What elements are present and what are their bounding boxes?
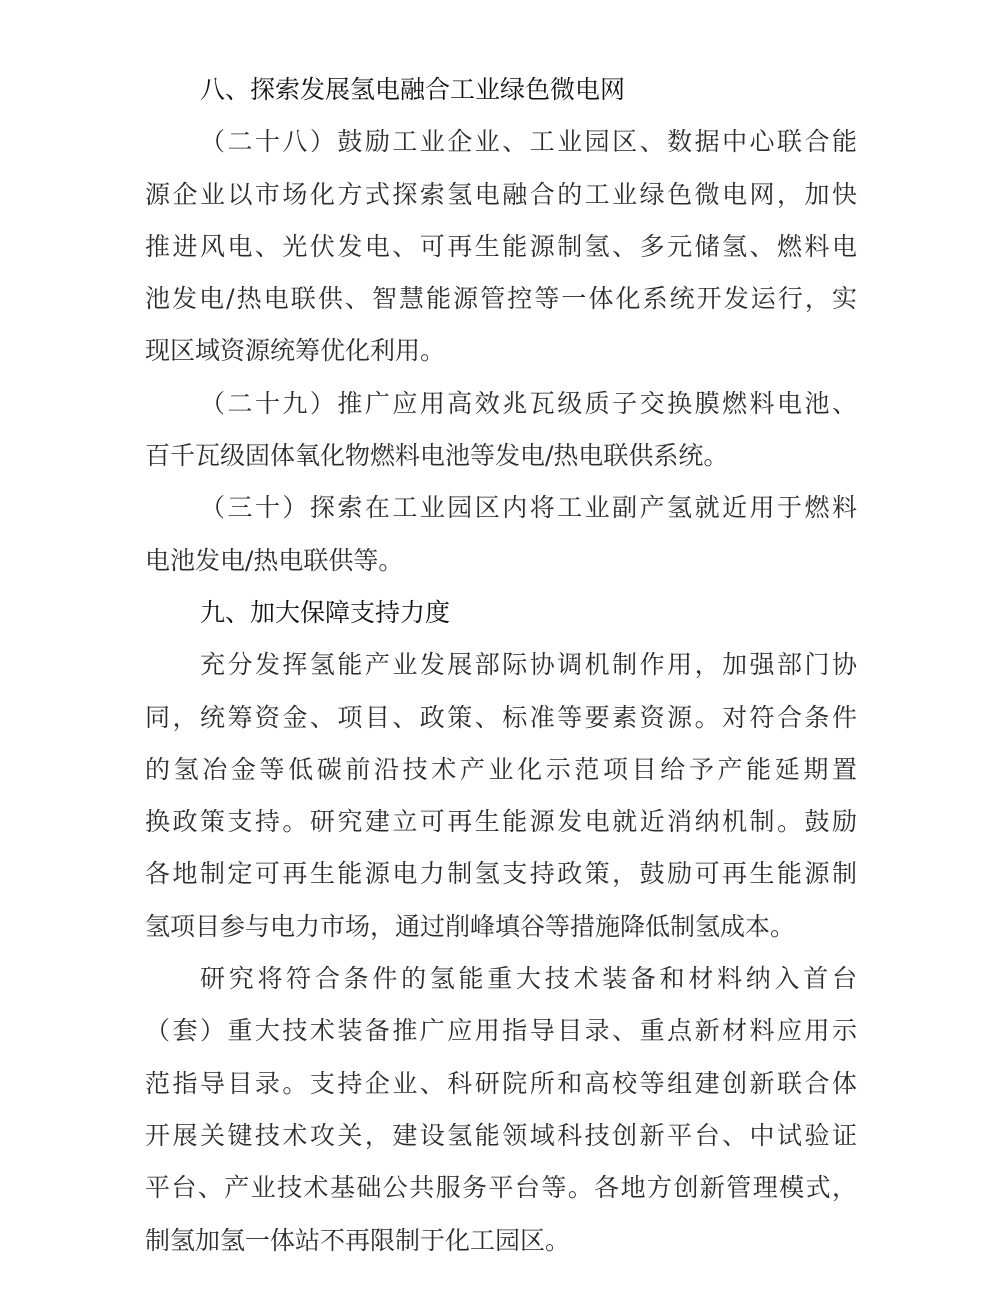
paragraph-line: （三十）探索在工业园区内将工业副产氢就近用于燃料 bbox=[145, 482, 857, 534]
paragraph-line: 范指导目录。支持企业、科研院所和高校等组建创新联合体 bbox=[145, 1058, 857, 1110]
paragraph-line: 现区域资源统筹优化利用。 bbox=[145, 325, 857, 377]
paragraph-line: 平台、产业技术基础公共服务平台等。各地方创新管理模式， bbox=[145, 1162, 857, 1214]
paragraph-line: 制氢加氢一体站不再限制于化工园区。 bbox=[145, 1215, 857, 1267]
section-heading-8: 八、探索发展氢电融合工业绿色微电网 bbox=[145, 64, 857, 116]
document-page: 八、探索发展氢电融合工业绿色微电网 （二十八）鼓励工业企业、工业园区、数据中心联… bbox=[145, 64, 857, 1267]
section-heading-9: 九、加大保障支持力度 bbox=[145, 587, 857, 639]
paragraph-line: （二十八）鼓励工业企业、工业园区、数据中心联合能 bbox=[145, 116, 857, 168]
paragraph-29: （二十九）推广应用高效兆瓦级质子交换膜燃料电池、 百千瓦级固体氧化物燃料电池等发… bbox=[145, 378, 857, 483]
paragraph-line: 充分发挥氢能产业发展部际协调机制作用，加强部门协 bbox=[145, 639, 857, 691]
paragraph-line: 换政策支持。研究建立可再生能源发电就近消纳机制。鼓励 bbox=[145, 796, 857, 848]
paragraph-28: （二十八）鼓励工业企业、工业园区、数据中心联合能 源企业以市场化方式探索氢电融合… bbox=[145, 116, 857, 377]
paragraph-line: 氢项目参与电力市场，通过削峰填谷等措施降低制氢成本。 bbox=[145, 901, 857, 953]
paragraph-line: 各地制定可再生能源电力制氢支持政策，鼓励可再生能源制 bbox=[145, 848, 857, 900]
paragraph-line: 推进风电、光伏发电、可再生能源制氢、多元储氢、燃料电 bbox=[145, 221, 857, 273]
paragraph-line: 同，统筹资金、项目、政策、标准等要素资源。对符合条件 bbox=[145, 692, 857, 744]
paragraph-line: 研究将符合条件的氢能重大技术装备和材料纳入首台 bbox=[145, 953, 857, 1005]
paragraph-line: 百千瓦级固体氧化物燃料电池等发电/热电联供系统。 bbox=[145, 430, 857, 482]
paragraph-coordination: 充分发挥氢能产业发展部际协调机制作用，加强部门协 同，统筹资金、项目、政策、标准… bbox=[145, 639, 857, 953]
paragraph-line: 开展关键技术攻关，建设氢能领域科技创新平台、中试验证 bbox=[145, 1110, 857, 1162]
paragraph-line: 源企业以市场化方式探索氢电融合的工业绿色微电网，加快 bbox=[145, 169, 857, 221]
paragraph-line: 池发电/热电联供、智慧能源管控等一体化系统开发运行，实 bbox=[145, 273, 857, 325]
paragraph-line: 电池发电/热电联供等。 bbox=[145, 535, 857, 587]
paragraph-equipment: 研究将符合条件的氢能重大技术装备和材料纳入首台 （套）重大技术装备推广应用指导目… bbox=[145, 953, 857, 1267]
paragraph-30: （三十）探索在工业园区内将工业副产氢就近用于燃料 电池发电/热电联供等。 bbox=[145, 482, 857, 587]
paragraph-line: （套）重大技术装备推广应用指导目录、重点新材料应用示 bbox=[145, 1005, 857, 1057]
paragraph-line: （二十九）推广应用高效兆瓦级质子交换膜燃料电池、 bbox=[145, 378, 857, 430]
paragraph-line: 的氢冶金等低碳前沿技术产业化示范项目给予产能延期置 bbox=[145, 744, 857, 796]
